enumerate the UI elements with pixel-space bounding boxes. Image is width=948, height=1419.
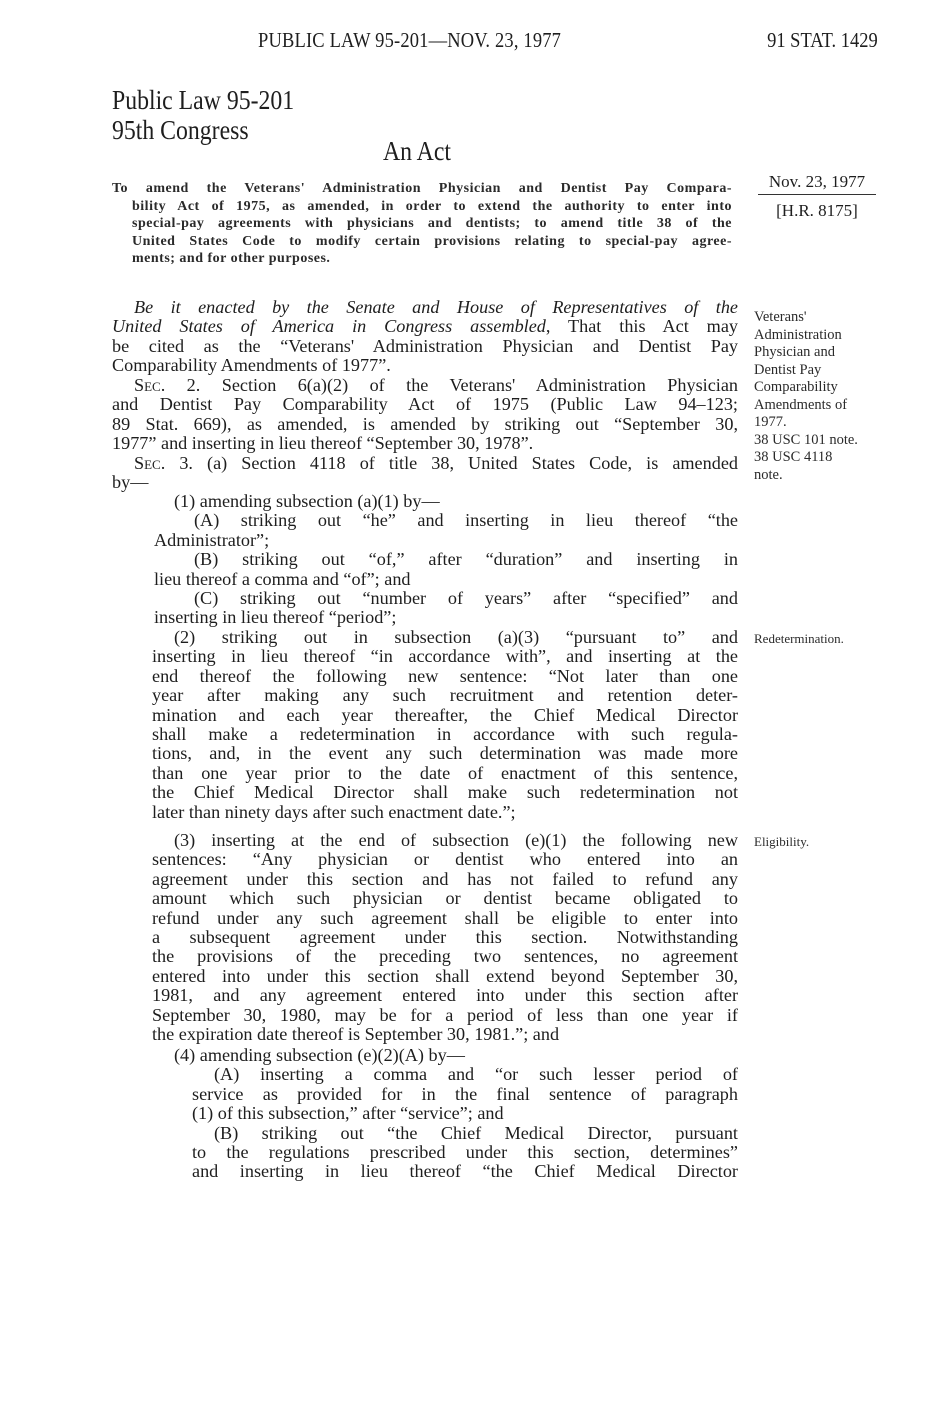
purpose-line: United States Code to modify certain pro… [112,233,732,251]
paragraph-line: (2) striking out in subsection (a)(3) “p… [152,628,738,647]
paragraph-line: entered into under this section shall ex… [152,967,738,986]
paragraph-line: shall make a redetermination in accordan… [152,725,738,744]
paragraph-intro: (1) amending subsection (a)(1) by— [112,492,738,511]
margin-note-line: 1977. [754,414,847,432]
congress-label: 95th Congress [112,114,249,146]
paragraph-1: (1) amending subsection (a)(1) by— (A) s… [112,492,738,628]
subparagraph-line: inserting in lieu thereof “period”; [112,608,738,627]
paragraph-line: the provisions of the preceding two sent… [152,947,738,966]
margin-note-redetermination: Redetermination. [754,630,844,648]
margin-note-line: note. [754,467,832,485]
paragraph-line: sentences: “Any physician or dentist who… [152,850,738,869]
margin-note-eligibility: Eligibility. [754,833,809,851]
section-line: and Dentist Pay Comparability Act of 197… [112,395,738,414]
margin-note-line: 38 USC 101 note. [754,432,858,450]
margin-note-line: Veterans' [754,309,847,327]
paragraph-line: a subsequent agreement under this sectio… [152,928,738,947]
margin-note-usc-4118: 38 USC 4118 note. [754,449,832,484]
subparagraph-line: (A) inserting a comma and “or such lesse… [152,1065,738,1084]
public-law-number: Public Law 95-201 [112,84,294,116]
enacting-line: be cited as the “Veterans' Administratio… [112,337,738,356]
paragraph-line: (3) inserting at the end of subsection (… [152,831,738,850]
subparagraph-line: (A) striking out “he” and inserting in l… [112,511,738,530]
subparagraph-line: and inserting in lieu thereof “the Chief… [152,1162,738,1181]
paragraph-line: the expiration date thereof is September… [152,1025,738,1044]
subparagraph-line: (B) striking out “of,” after “duration” … [112,550,738,569]
paragraph-line: agreement under this section and has not… [152,870,738,889]
section-2: Sec. 2. Section 6(a)(2) of the Veterans'… [112,376,738,454]
subparagraph-line: to the regulations prescribed under this… [152,1143,738,1162]
margin-note-line: Comparability [754,379,847,397]
enacting-clause: Be it enacted by the Senate and House of… [112,298,738,376]
enacting-line: United States of America in Congress ass… [112,317,738,336]
paragraph-line: the Chief Medical Director shall make su… [152,783,738,802]
paragraph-line: year after making any such recruitment a… [152,686,738,705]
margin-note-usc-101: 38 USC 101 note. [754,432,858,450]
margin-note-line: Administration [754,327,847,345]
purpose-line: bility Act of 1975, as amended, in order… [112,198,732,216]
paragraph-3: (3) inserting at the end of subsection (… [152,831,738,1044]
running-head: PUBLIC LAW 95-201—NOV. 23, 1977 [258,28,561,53]
subparagraph-line: lieu thereof a comma and “of”; and [112,570,738,589]
purpose-line: special-pay agreements with physicians a… [112,215,732,233]
paragraph-line: refund under any such agreement shall be… [152,909,738,928]
subparagraph-line: service as provided for in the final sen… [152,1085,738,1104]
margin-note-short-title: Veterans' Administration Physician and D… [754,309,847,432]
section-line: by— [112,473,738,492]
subparagraph-line: (C) striking out “number of years” after… [112,589,738,608]
paragraph-line: mination and each year thereafter, the C… [152,706,738,725]
section-line: Sec. 3. (a) Section 4118 of title 38, Un… [112,454,738,473]
paragraph-line: September 30, 1980, may be for a period … [152,1006,738,1025]
margin-note-line: Physician and [754,344,847,362]
paragraph-2: (2) striking out in subsection (a)(3) “p… [152,628,738,822]
enacting-rest: , That this Act may [546,316,738,336]
section-text: (a) Section 4118 of title 38, United Sta… [193,453,738,473]
subparagraph-line: (1) of this subsection,” after “service”… [152,1104,738,1123]
section-line: 89 Stat. 669), as amended, is amended by… [112,415,738,434]
paragraph-line: tions, and, in the event any such determ… [152,744,738,763]
paragraph-line: end thereof the following new sentence: … [152,667,738,686]
act-title: An Act [383,136,451,167]
paragraph-line: later than ninety days after such enactm… [152,803,738,822]
stat-reference: 91 STAT. 1429 [767,28,878,53]
enacting-line: Be it enacted by the Senate and House of… [112,298,738,317]
section-3: Sec. 3. (a) Section 4118 of title 38, Un… [112,454,738,493]
margin-note-line: Dentist Pay [754,362,847,380]
section-label: Sec. 3. [134,453,193,473]
paragraph-4: (4) amending subsection (e)(2)(A) by— (A… [152,1046,738,1182]
section-line: 1977” and inserting in lieu thereof “Sep… [112,434,738,453]
section-label: Sec. 2. [134,375,200,395]
enactment-date: Nov. 23, 1977 [758,172,876,195]
margin-note-line: 38 USC 4118 [754,449,832,467]
bill-number: [H.R. 8175] [758,201,876,221]
paragraph-line: than one year prior to the date of enact… [152,764,738,783]
margin-note-line: Amendments of [754,397,847,415]
paragraph-line: amount which such physician or dentist b… [152,889,738,908]
purpose-line: ments; and for other purposes. [112,250,732,268]
section-text: Section 6(a)(2) of the Veterans' Adminis… [200,375,738,395]
enacting-line: Comparability Amendments of 1977”. [112,356,738,375]
subparagraph-line: Administrator”; [112,531,738,550]
paragraph-line: inserting in lieu thereof “in accordance… [152,647,738,666]
paragraph-intro: (4) amending subsection (e)(2)(A) by— [152,1046,738,1065]
paragraph-line: 1981, and any agreement entered into und… [152,986,738,1005]
purpose-clause: To amend the Veterans' Administration Ph… [112,180,732,268]
subparagraph-line: (B) striking out “the Chief Medical Dire… [152,1124,738,1143]
section-line: Sec. 2. Section 6(a)(2) of the Veterans'… [112,376,738,395]
purpose-line: To amend the Veterans' Administration Ph… [112,180,732,198]
enacting-italic: United States of America in Congress ass… [112,316,546,336]
